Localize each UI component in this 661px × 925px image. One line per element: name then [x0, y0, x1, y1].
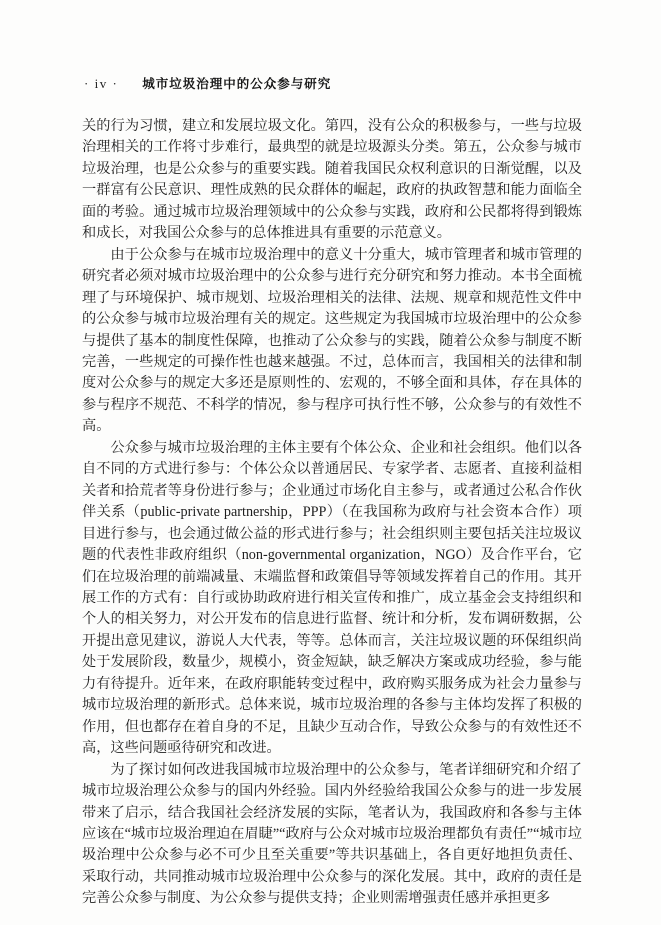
paragraph: 公众参与城市垃圾治理的主体主要有个体公众、企业和社会组织。他们以各自不同的方式进… [82, 438, 582, 760]
running-header: · iv · 城市垃圾治理中的公众参与研究 [84, 74, 331, 92]
paragraph: 为了探讨如何改进我国城市垃圾治理中的公众参与，笔者详细研究和介绍了城市垃圾治理公… [82, 760, 582, 910]
book-page: · iv · 城市垃圾治理中的公众参与研究 关的行为习惯，建立和发展垃圾文化。第… [0, 0, 661, 925]
paragraph: 关的行为习惯，建立和发展垃圾文化。第四，没有公众的积极参与，一些与垃圾治理相关的… [82, 116, 582, 245]
page-number: · iv · [84, 76, 118, 92]
paragraph: 由于公众参与在城市垃圾治理中的意义十分重大，城市管理者和城市管理的研究者必须对城… [82, 245, 582, 438]
body-text: 关的行为习惯，建立和发展垃圾文化。第四，没有公众的积极参与，一些与垃圾治理相关的… [82, 116, 582, 910]
running-title: 城市垃圾治理中的公众参与研究 [142, 74, 331, 92]
